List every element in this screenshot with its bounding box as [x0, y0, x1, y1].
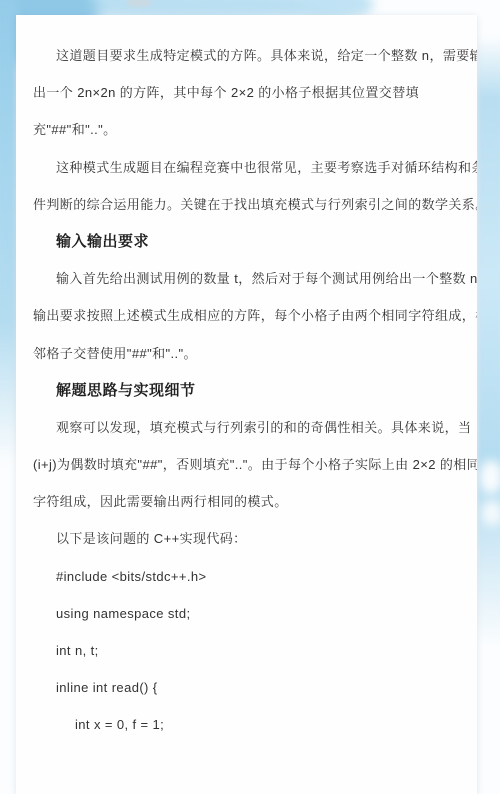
paragraph-line: 观察可以发现，填充模式与行列索引的和的奇偶性相关。具体来说，当	[33, 409, 469, 446]
article-card: 这道题目要求生成特定模式的方阵。具体来说，给定一个整数 n，需要输 出一个 2n…	[16, 15, 477, 794]
watercolor-right-cloud	[481, 500, 500, 526]
code-line: int x = 0, f = 1;	[33, 706, 469, 743]
watercolor-right-strip	[477, 36, 500, 646]
paragraph-line: (i+j)为偶数时填充"##"，否则填充".."。由于每个小格子实际上由 2×2…	[33, 446, 469, 483]
watercolor-right-cloud	[479, 460, 500, 494]
watercolor-top-fleck	[126, 0, 152, 7]
paragraph-line: 输出要求按照上述模式生成相应的方阵，每个小格子由两个相同字符组成，相	[33, 297, 469, 334]
paragraph-line: 以下是该问题的 C++实现代码：	[33, 520, 469, 557]
paragraph-line: 充"##"和".."。	[33, 111, 469, 148]
section-heading-solution: 解题思路与实现细节	[33, 372, 469, 409]
code-line: using namespace std;	[33, 595, 469, 632]
code-line: inline int read() {	[33, 669, 469, 706]
paragraph-line: 邻格子交替使用"##"和".."。	[33, 335, 469, 372]
paragraph-line: 这种模式生成题目在编程竞赛中也很常见，主要考察选手对循环结构和条	[33, 149, 469, 186]
paragraph-line: 输入首先给出测试用例的数量 t，然后对于每个测试用例给出一个整数 n。	[33, 260, 469, 297]
paragraph-line: 件判断的综合运用能力。关键在于找出填充模式与行列索引之间的数学关系。	[33, 186, 469, 223]
code-line: #include <bits/stdc++.h>	[33, 558, 469, 595]
section-heading-input-output: 输入输出要求	[33, 223, 469, 260]
watercolor-top-right-patch	[300, 0, 370, 16]
paragraph-line: 出一个 2n×2n 的方阵，其中每个 2×2 的小格子根据其位置交替填	[33, 74, 469, 111]
paragraph-line: 字符组成，因此需要输出两行相同的模式。	[33, 483, 469, 520]
paragraph-line: 这道题目要求生成特定模式的方阵。具体来说，给定一个整数 n，需要输	[33, 37, 469, 74]
code-line: int n, t;	[33, 632, 469, 669]
